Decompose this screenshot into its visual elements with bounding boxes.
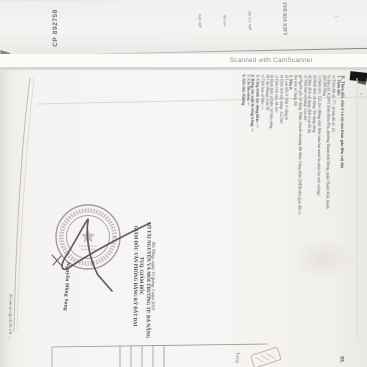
section3-label: III. — [338, 352, 345, 367]
certificate-book-number: Số vào sổ cấp GCN: CS … — [5, 294, 14, 366]
small-registry-stamp — [248, 348, 284, 367]
section2-block: II. Thửa đất, nhà ở và tài sản khác gắn … — [238, 75, 345, 216]
page-number-label: Trang — [235, 348, 242, 367]
page-fold-line — [14, 78, 30, 332]
date-line: Đà Nẵng, ngày 13 tháng 3 năm 2019 — [149, 222, 156, 330]
section2-lines: 1. Thửa đất:a) Thửa đất số: 77 ; tờ bản … — [239, 75, 340, 216]
scanned-document: CP 892758 gắn liềnvới đấtgắn với đấtLIỀN… — [0, 0, 367, 367]
signing-block: Đà Nẵng, ngày 13 tháng 3 năm 2019 SỞ TÀI… — [120, 222, 157, 330]
authority-line: SỞ TÀI NGUYÊN VÀ MÔI TRƯỜNG TP. ĐÀ NẴNG — [143, 222, 151, 330]
director-line: GIÁM ĐỐC VĂN PHÒNG ĐĂNG KÝ ĐẤT ĐAI — [131, 222, 138, 330]
